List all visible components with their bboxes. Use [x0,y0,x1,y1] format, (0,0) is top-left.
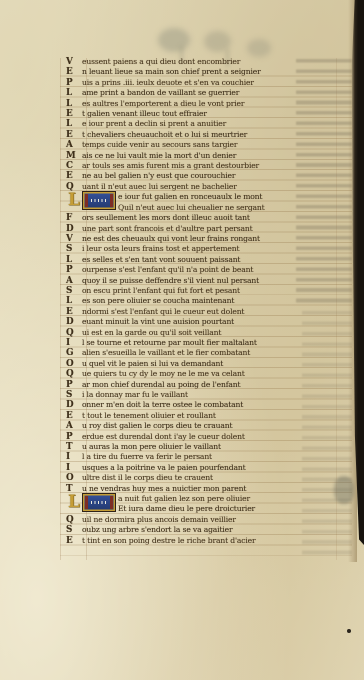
manuscript-line: Mais ce ne lui vault mie la mort d'un de… [62,151,354,161]
line-text: t tout le tenement oliuier et roullant [82,411,216,422]
manuscript-line: Soubz ung arbre s'endort la se va agaiti… [62,525,354,535]
line-initial-capital: L [62,119,82,130]
line-initial-capital: Q [62,515,82,526]
line-initial-capital: I [62,338,82,349]
line-text: n leuant lieue sa main son chief prent a… [82,67,261,78]
line-initial-capital: A [62,276,82,287]
line-text: u roy dist galien le corps dieu te craua… [82,421,232,432]
line-text: u quel vit le paien si lui va demandant [82,359,223,370]
line-initial-capital: P [62,432,82,443]
line-text: Quil n'eut auec lui cheualier ne sergant [118,203,265,214]
line-initial-capital: E [62,171,82,182]
line-text: temps cuide venir au secours sans targie… [82,140,237,151]
manuscript-line: Atemps cuide venir au secours sans targi… [62,140,354,150]
line-text: usques a la poitrine va le paien pourfen… [82,463,246,474]
line-initial-capital: L [62,99,82,110]
line-initial-capital: Q [62,369,82,380]
line-initial-capital: G [62,348,82,359]
manuscript-line: Le iour fut galien en ronceuaulx le mont [62,192,354,202]
line-initial-capital: O [62,473,82,484]
manuscript-line: Dune part sont francois et d'aultre part… [62,224,354,234]
manuscript-line: En leuant lieue sa main son chief prent … [62,67,354,77]
line-text: l se tourne et retourne par moult fier m… [82,338,257,349]
manuscript-line: Car touls ses amis furent mis a grant de… [62,161,354,171]
initial-ornament-panel [82,493,116,512]
manuscript-line: Pourpense s'est l'enfant qu'il n'a point… [62,265,354,275]
showthrough-smudge [158,28,190,52]
manuscript-line: Endormi s'est l'enfant qui le cueur eut … [62,307,354,317]
manuscript-line: Les son pere oliuier se coucha maintenan… [62,296,354,306]
manuscript-line: Qui est en la garde ou qu'il soit veilla… [62,328,354,338]
line-text: t galien venant illeuc tout effraier [82,109,207,120]
manuscript-line: Il se tourne et retourne par moult fier … [62,338,354,348]
line-text: ors seullement les mors dont illeuc auoi… [82,213,250,224]
line-text: ar touls ses amis furent mis a grant des… [82,161,259,172]
line-initial-capital: A [62,421,82,432]
line-initial-capital: L [62,88,82,99]
line-text: a nuit fut galien lez son pere oliuier [118,494,250,505]
line-initial-capital: D [62,224,82,235]
line-text: euant minuit la vint une auision pourtan… [82,317,234,328]
line-initial-capital: E [62,411,82,422]
line-text: ultre dist il le corps dieu te crauent [82,473,213,484]
line-text: es selles et s'en tant vont souuent pais… [82,255,240,266]
line-initial-capital: P [62,265,82,276]
manuscript-line: Et tout le tenement oliuier et roullant [62,411,354,421]
line-text: e iour fut galien en ronceuaulx le mont [118,192,262,203]
line-text: i leur osta leurs frains tost et apperte… [82,244,239,255]
manuscript-line: Puis a prins .iii. ieulx deuote et s'en … [62,78,354,88]
line-initial-capital: S [62,244,82,255]
line-initial-capital: E [62,67,82,78]
line-text: oubz ung arbre s'endort la se va agaitie… [82,525,232,536]
initial-ornament-panel [82,191,116,210]
line-initial-capital: O [62,359,82,370]
line-initial-capital: D [62,400,82,411]
manuscript-line: Quil ne dormira plus ancois demain veill… [62,515,354,525]
manuscript-line: Les selles et s'en tant vont souuent pai… [62,255,354,265]
manuscript-line: Aquoy il se puisse deffendre s'il vient … [62,276,354,286]
initial-letter: L [68,191,81,210]
line-initial-capital: T [62,442,82,453]
line-initial-capital: Q [62,328,82,339]
line-initial-capital: E [62,109,82,120]
line-text: e iour prent a declin si prent a anuitie… [82,119,226,130]
illuminated-initial: L [68,493,116,512]
line-initial-capital: M [62,151,82,162]
line-text: on escu print l'enfant qui fut fort et p… [82,286,240,297]
line-initial-capital: S [62,286,82,297]
manuscript-line: Galien s'esueilla le vaillant et le fier… [62,348,354,358]
manuscript-line: Vne est des cheuaulx qui vont leur frain… [62,234,354,244]
manuscript-line: Fors seullement les mors dont illeuc auo… [62,213,354,223]
manuscript-line: Et galien venant illeuc tout effraier [62,109,354,119]
illuminated-initial: L [68,191,116,210]
line-text: Et iura dame dieu le pere droicturier [118,504,255,515]
ruling-vertical-line [60,58,61,560]
manuscript-line: Oultre dist il le corps dieu te crauent [62,473,354,483]
manuscript-line: Si la donnay mar fu le vaillant [62,390,354,400]
line-text: ame print a bandon de vaillant se guerri… [82,88,239,99]
line-text: ndormi s'est l'enfant qui le cueur eut d… [82,307,244,318]
line-text: uil ne dormira plus ancois demain veilli… [82,515,236,526]
line-initial-capital: E [62,307,82,318]
text-block: Veussent paiens a qui dieu dont encombri… [62,57,354,546]
manuscript-line: Les aultres l'emporterent a dieu le vont… [62,99,354,109]
line-initial-capital: I [62,463,82,474]
manuscript-line: Si leur osta leurs frains tost et appert… [62,244,354,254]
line-initial-capital: P [62,380,82,391]
manuscript-line: Par mon chief durendal au poing de l'enf… [62,380,354,390]
manuscript-line: Son escu print l'enfant qui fut fort et … [62,286,354,296]
line-text: es aultres l'emporterent a dieu le vont … [82,99,244,110]
manuscript-line: Ene au bel galien n'y eust que courouchi… [62,171,354,181]
manuscript-line: Perdue est durendal dont i'ay le cueur d… [62,432,354,442]
line-text: t chevaliers cheuauchoit et o lui si meu… [82,130,247,141]
line-text: t tint en son poing destre le riche bran… [82,536,256,547]
manuscript-line: Ou quel vit le paien si lui va demandant [62,359,354,369]
line-initial-capital: S [62,525,82,536]
line-text: ourpense s'est l'enfant qu'il n'a point … [82,265,253,276]
line-initial-capital: L [62,255,82,266]
manuscript-line: Le iour prent a declin si prent a anuiti… [62,119,354,129]
dark-speck [347,629,351,633]
line-text: une part sont francois et d'aultre part … [82,224,253,235]
manuscript-line: Et tint en son poing destre le riche bra… [62,536,354,546]
line-initial-capital: V [62,57,82,68]
line-text: ais ce ne lui vault mie la mort d'un den… [82,151,236,162]
line-initial-capital: I [62,452,82,463]
line-initial-capital: L [62,296,82,307]
line-text: erdue est durendal dont i'ay le cueur do… [82,432,245,443]
line-text: alien s'esueilla le vaillant et le fier … [82,348,250,359]
line-text: eussent paiens a qui dieu dont encombrie… [82,57,240,68]
line-text: onner m'en doit la terre ostee le combat… [82,400,243,411]
manuscript-photo: Veussent paiens a qui dieu dont encombri… [0,0,364,680]
line-initial-capital: V [62,234,82,245]
line-text: quoy il se puisse deffendre s'il vient n… [82,276,259,287]
line-text: ne est des cheuaulx qui vont leur frains… [82,234,260,245]
line-text: ui est en la garde ou qu'il soit veillan… [82,328,221,339]
manuscript-line: Il a tire du fuerre va ferir le persant [62,452,354,462]
line-text: i la donnay mar fu le vaillant [82,390,188,401]
showthrough-smudge [247,39,271,57]
manuscript-line: Lame print a bandon de vaillant se guerr… [62,88,354,98]
initial-letter: L [68,493,81,512]
manuscript-line: La nuit fut galien lez son pere oliuier [62,494,354,504]
line-initial-capital: S [62,390,82,401]
manuscript-line: Deuant minuit la vint une auision pourta… [62,317,354,327]
manuscript-line: Que quiers tu cy dy le moy ne le me va c… [62,369,354,379]
manuscript-line: Au roy dist galien le corps dieu te crau… [62,421,354,431]
line-initial-capital: A [62,140,82,151]
manuscript-line: Iusques a la poitrine va le paien pourfe… [62,463,354,473]
manuscript-line: Tu auras la mon pere oliuier le vaillant [62,442,354,452]
line-initial-capital: P [62,78,82,89]
line-initial-capital: E [62,536,82,547]
line-text: uis a prins .iii. ieulx deuote et s'en v… [82,78,254,89]
manuscript-line: Veussent paiens a qui dieu dont encombri… [62,57,354,67]
line-text: u auras la mon pere oliuier le vaillant [82,442,221,453]
line-text: l a tire du fuerre va ferir le persant [82,452,212,463]
line-text: ne au bel galien n'y eust que courouchie… [82,171,235,182]
line-initial-capital: F [62,213,82,224]
line-initial-capital: E [62,130,82,141]
manuscript-line: Et chevaliers cheuauchoit et o lui si me… [62,130,354,140]
manuscript-line: Donner m'en doit la terre ostee le comba… [62,400,354,410]
line-text: es son pere oliuier se coucha maintenant [82,296,234,307]
line-initial-capital: D [62,317,82,328]
line-text: ue quiers tu cy dy le moy ne le me va ce… [82,369,245,380]
line-text: ar mon chief durendal au poing de l'enfa… [82,380,240,391]
